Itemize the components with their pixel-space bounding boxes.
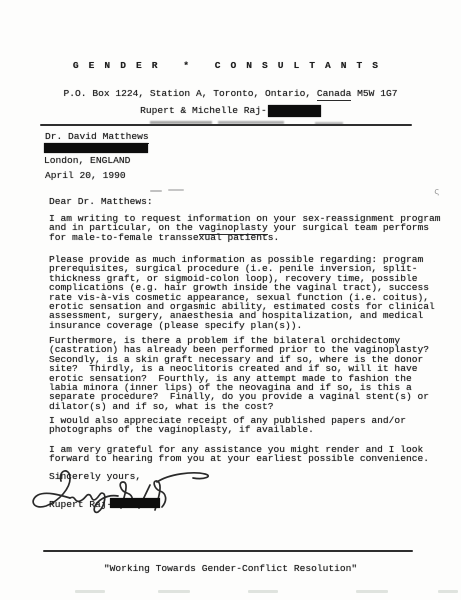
org-name: GENDER * CONSULTANTS xyxy=(0,61,461,70)
paragraph-1: I am writing to request information on y… xyxy=(49,214,441,242)
org-address-postal: M5W 1G7 xyxy=(351,88,397,99)
scan-artifact xyxy=(150,190,162,192)
scan-artifact xyxy=(75,590,105,593)
org-address-before: P.O. Box 1224, Station A, Toronto, Ontar… xyxy=(64,88,317,99)
org-address-country: Canada xyxy=(317,88,352,101)
recipient-name: Dr. David Matthews xyxy=(45,132,149,141)
redaction-box-signer xyxy=(110,498,160,508)
paragraph-4: I would also appreciate receipt of any p… xyxy=(49,416,406,435)
scan-smudge xyxy=(150,121,212,124)
contact-names-line: Rupert & Michelle Raj- xyxy=(0,105,461,117)
recipient-name-text: Dr. David Matthews xyxy=(45,131,149,144)
contact-names: Rupert & Michelle Raj- xyxy=(140,106,267,115)
salutation: Dear Dr. Matthews: xyxy=(49,197,153,206)
paragraph-3: Furthermore, is there a problem if the b… xyxy=(49,336,429,411)
scan-artifact: ς xyxy=(434,188,439,197)
scan-artifact xyxy=(168,189,184,191)
scan-artifact xyxy=(356,590,388,593)
scan-smudge xyxy=(315,122,343,125)
redaction-box-recipient-address xyxy=(44,143,148,153)
letter-date: April 20, 1990 xyxy=(45,171,126,180)
paragraph-5: I am very grateful for any assistance yo… xyxy=(49,445,429,464)
signer-name: Rupert Raj- xyxy=(49,500,112,509)
scan-smudge xyxy=(218,121,284,124)
scan-artifact xyxy=(438,590,458,593)
header-divider xyxy=(40,124,412,126)
scan-artifact xyxy=(158,590,190,593)
signature-stroke xyxy=(157,473,208,482)
paragraph-2: Please provide as much information as po… xyxy=(49,255,435,330)
footer-slogan: "Working Towards Gender-Conflict Resolut… xyxy=(0,564,461,573)
valediction: Sincerely yours, xyxy=(49,472,141,481)
scan-artifact xyxy=(248,590,278,593)
org-address: P.O. Box 1224, Station A, Toronto, Ontar… xyxy=(0,89,461,98)
recipient-city: London, ENGLAND xyxy=(44,156,130,165)
scanned-letter-page: GENDER * CONSULTANTS P.O. Box 1224, Stat… xyxy=(0,0,461,600)
redaction-box-contact xyxy=(268,105,321,117)
footer-divider xyxy=(43,550,413,552)
